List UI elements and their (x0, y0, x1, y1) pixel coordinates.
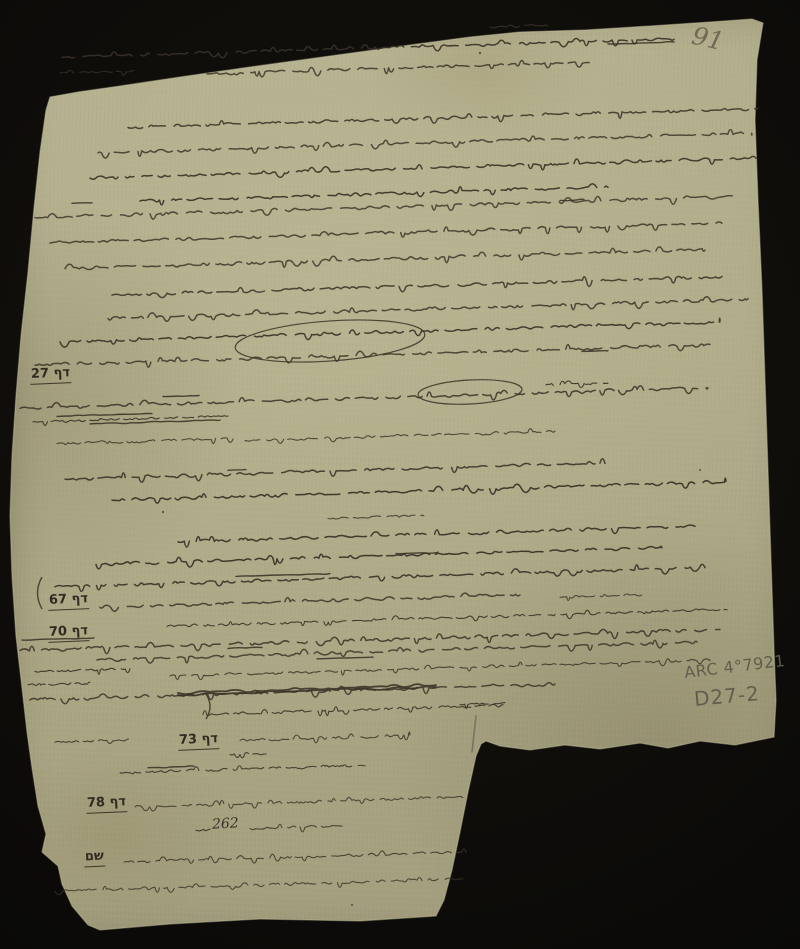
manuscript-paper (0, 0, 800, 949)
handwriting-line (60, 70, 134, 75)
manuscript-scan-background: 91 ARC 4°7921 D27-2 262 דף 27דף 67דף 70ד… (0, 0, 800, 949)
handwriting-line (490, 24, 548, 28)
